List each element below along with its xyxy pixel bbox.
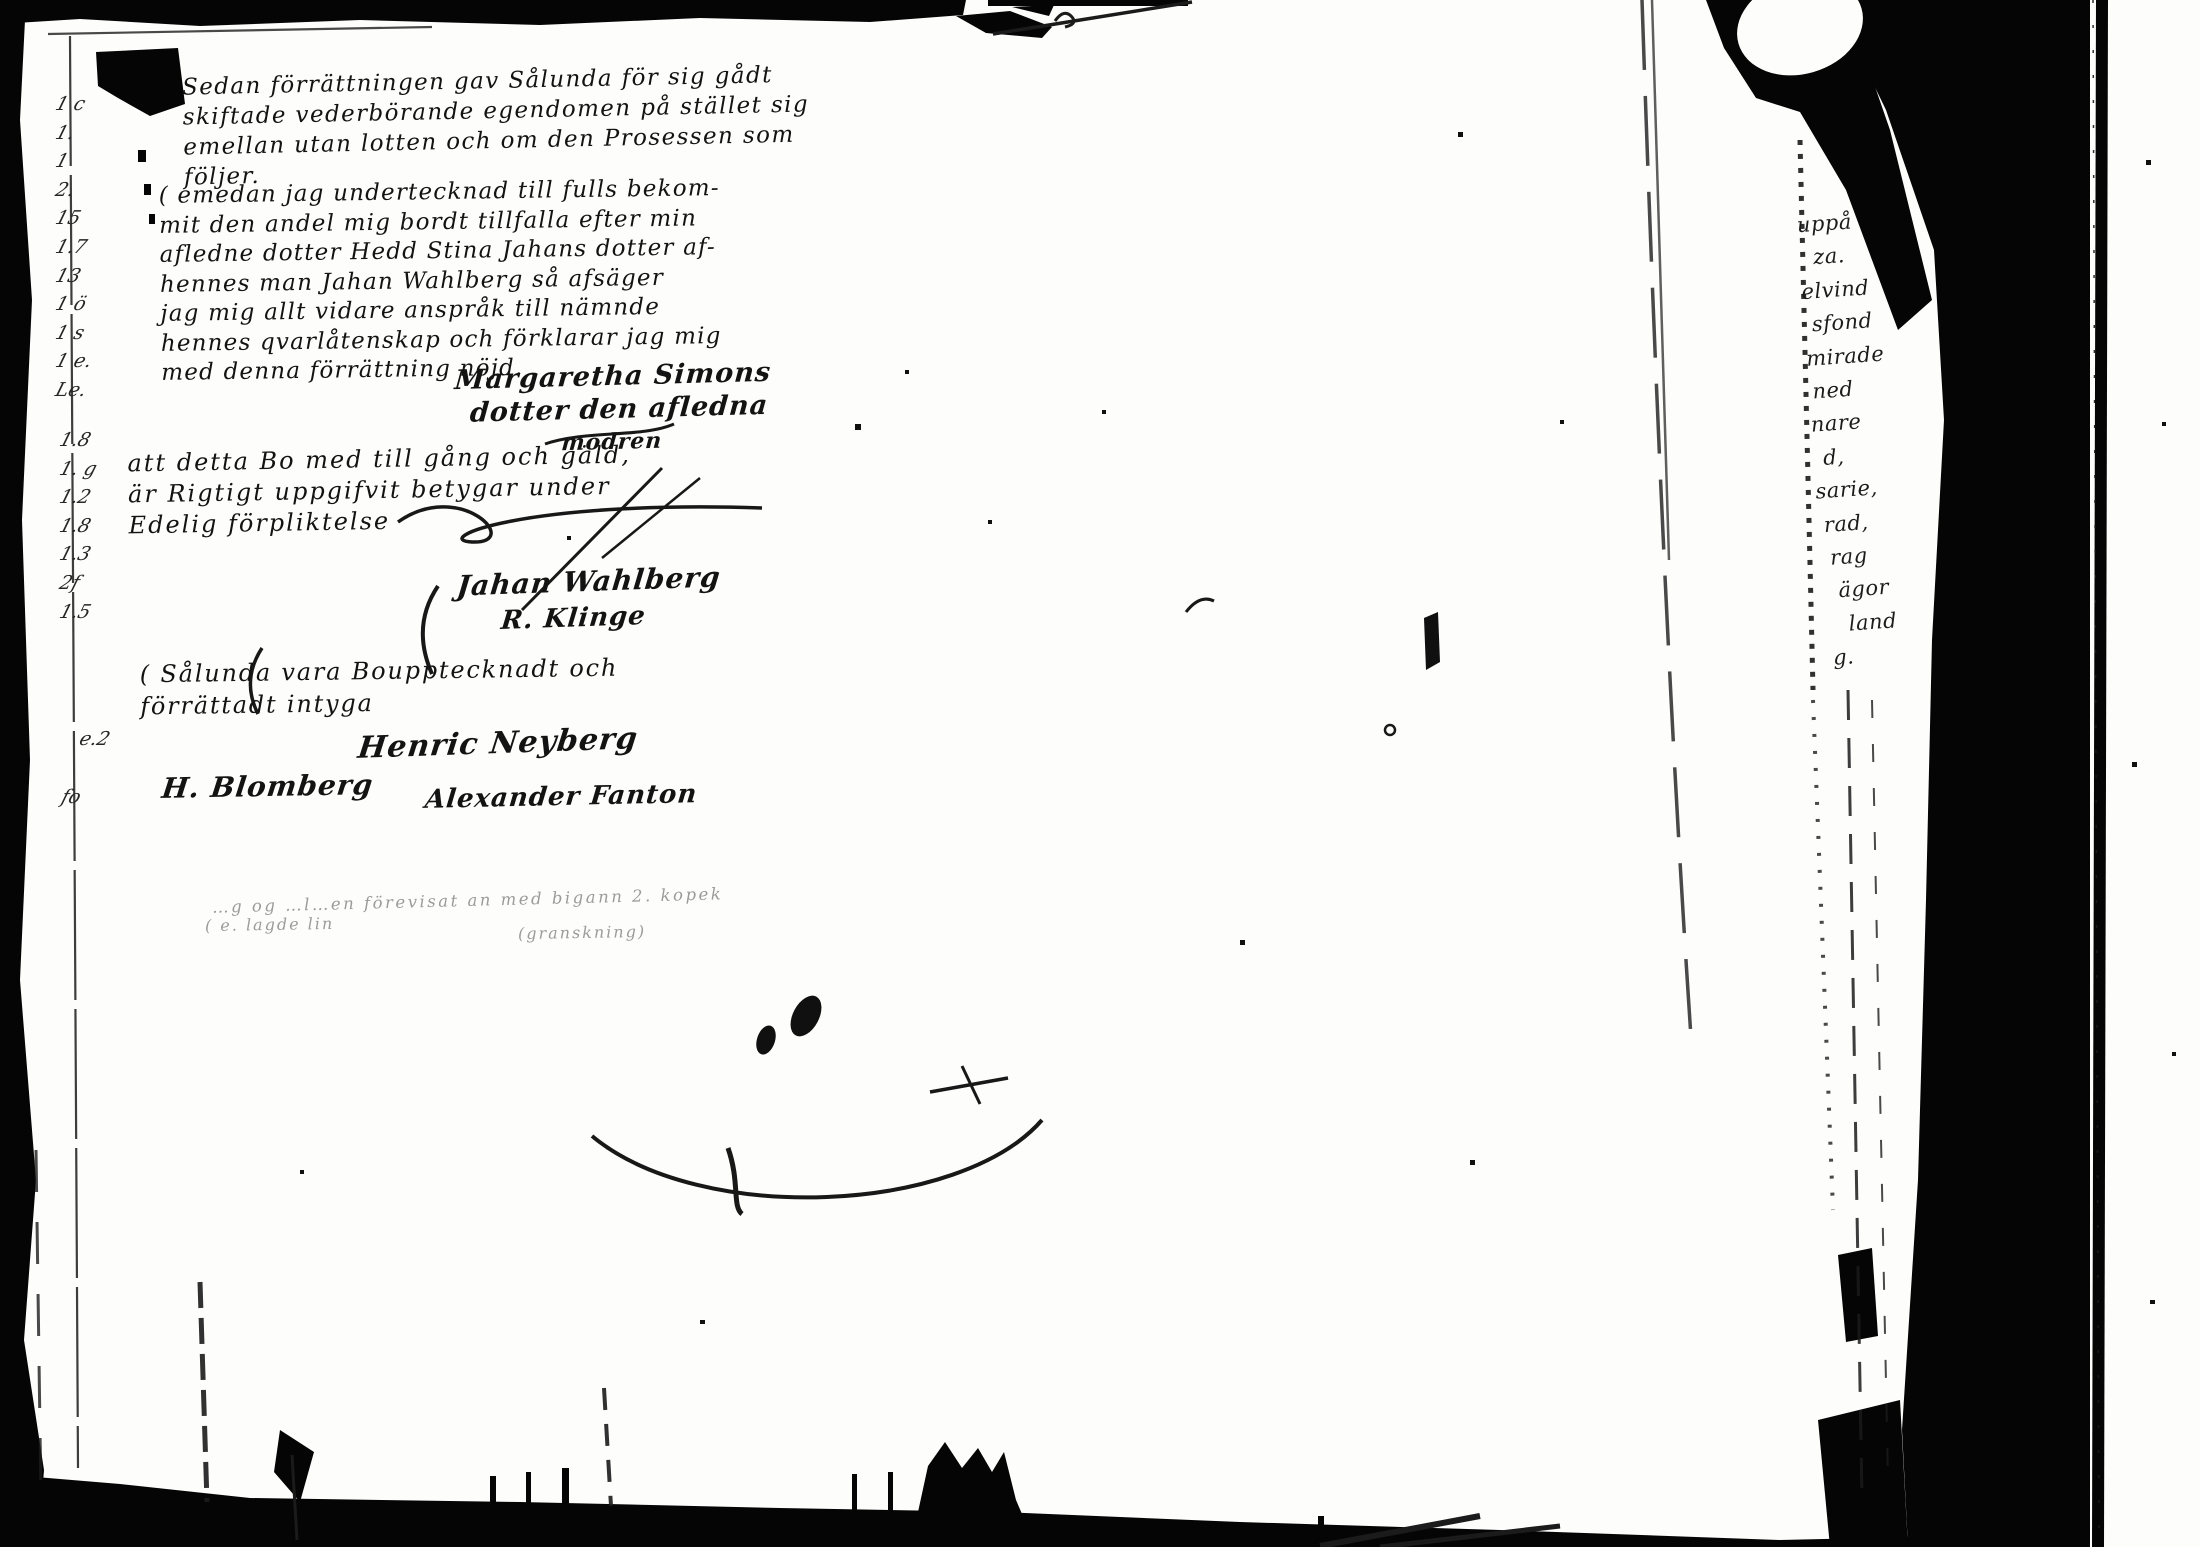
text-line: ( Sålunda vara Boupptecknadt och [140, 652, 619, 691]
bottom-band-protrusion [918, 1442, 1022, 1514]
border-right-thin-line [2092, 0, 2108, 1547]
margin-fragment: 1.2 [56, 483, 101, 512]
margin-fragment: 13 [52, 262, 96, 291]
margin-fragment: 2f [56, 569, 101, 598]
margin-fragment: 2. [52, 176, 96, 205]
margin-fragment: 1.5 [56, 598, 101, 627]
paragraph-witness-attestation: ( Sålunda vara Boupptecknadt och förrätt… [140, 652, 619, 723]
pencil-note-line2: ( e. lagde lin [205, 914, 335, 935]
pencil-note: …g og …l…en förevisat an med bigann 2. k… [212, 884, 724, 916]
sliver-fragment: elvind [1800, 270, 1880, 309]
ink-flourishes [250, 424, 1395, 1214]
margin-fragment: 1 [52, 147, 96, 176]
signature-henric-neyberg: Henric Neyberg [356, 721, 640, 766]
sliver-fragment: za. [1812, 237, 1878, 275]
pencil-note-line3: (granskning) [518, 922, 646, 943]
sliver-fragment: sarie, [1814, 470, 1894, 509]
sliver-fragment: rad, [1823, 504, 1897, 542]
torn-scrap-bottom-left [274, 1430, 314, 1502]
margin-fragment: e.2 [77, 728, 113, 750]
sliver-fragment: land [1848, 604, 1904, 641]
sliver-fragment: ned [1811, 370, 1887, 408]
sliver-fragment: ägor [1837, 570, 1901, 608]
margin-fragment: 1.3 [56, 540, 101, 569]
margin-fragment: 1 e. [52, 347, 96, 376]
left-margin-fragment-e2: e.2 [80, 728, 109, 750]
signature-alexander-fanton: Alexander Fanton [424, 779, 699, 815]
margin-fragment: fo [59, 786, 84, 808]
document-scan-page: Sedan förrättningen gav Sålunda för sig … [0, 0, 2200, 1547]
signature-line: H. Blomberg [160, 768, 375, 805]
border-top-thin [988, 0, 1188, 6]
paragraph-closing-statement: Sedan förrättningen gav Sålunda för sig … [182, 59, 811, 192]
margin-fragment: 1.8 [56, 426, 101, 455]
sliver-fragment: sfond [1811, 304, 1883, 342]
sliver-fragment: mirade [1805, 337, 1885, 376]
signature-h-blomberg: H. Blomberg [160, 768, 375, 805]
border-top-bar [0, 0, 966, 26]
signature-line: Henric Neyberg [356, 721, 640, 766]
margin-fragment: 1.7 [52, 233, 96, 262]
pencil-note-line: (granskning) [518, 922, 646, 943]
sliver-fragment: uppå [1796, 204, 1876, 243]
sliver-fragment: d, [1822, 437, 1892, 475]
white-arch-cutout [1725, 0, 1875, 90]
signature-line: R. Klinge [499, 595, 719, 640]
pencil-note-line: ( e. lagde lin [205, 914, 335, 935]
paragraph-oath: att detta Bo med till gång och gäld, är … [127, 440, 632, 542]
paragraph-renunciation: ( emedan jag undertecknad till fulls bek… [159, 174, 723, 388]
margin-fragment: Le. [52, 376, 96, 405]
signature-line: Alexander Fanton [424, 779, 699, 815]
sliver-fragment: rag [1829, 537, 1899, 575]
margin-fragment: 1 c [52, 90, 96, 119]
margin-fragment: 1 s [52, 319, 96, 348]
margin-fragment: 1 ö [52, 290, 96, 319]
left-margin-fragments-lower: 1.8 1. g 1.2 1.8 1.3 2f 1.5 [60, 426, 96, 626]
next-page-sliver-fragments: uppå za. elvind sfond mirade ned nare d,… [1796, 204, 1906, 676]
border-right-mass [1840, 0, 2090, 1547]
margin-fragment: 15 [52, 204, 96, 233]
pencil-note-line: …g og …l…en förevisat an med bigann 2. k… [212, 884, 724, 916]
ink-blotch-top-left [96, 48, 185, 116]
text-line: förrättadt intyga [140, 684, 619, 723]
sliver-fragment: nare [1810, 404, 1890, 443]
border-left-column [0, 0, 44, 1547]
margin-fragment: 1. [52, 119, 96, 148]
torn-scrap-top [956, 11, 1052, 38]
margin-fragment: 1. g [56, 455, 101, 484]
left-margin-fragment-fo: fo [62, 786, 80, 808]
signature-jahan-wahlberg: Jahan Wahlberg R. Klinge [451, 558, 723, 642]
sliver-fragment: g. [1832, 637, 1906, 675]
border-bottom-band [0, 1474, 2090, 1547]
margin-fragment: 1.8 [56, 512, 101, 541]
left-margin-fragments-upper: 1 c 1. 1 2. 15 1.7 13 1 ö 1 s 1 e. Le. [56, 90, 91, 405]
